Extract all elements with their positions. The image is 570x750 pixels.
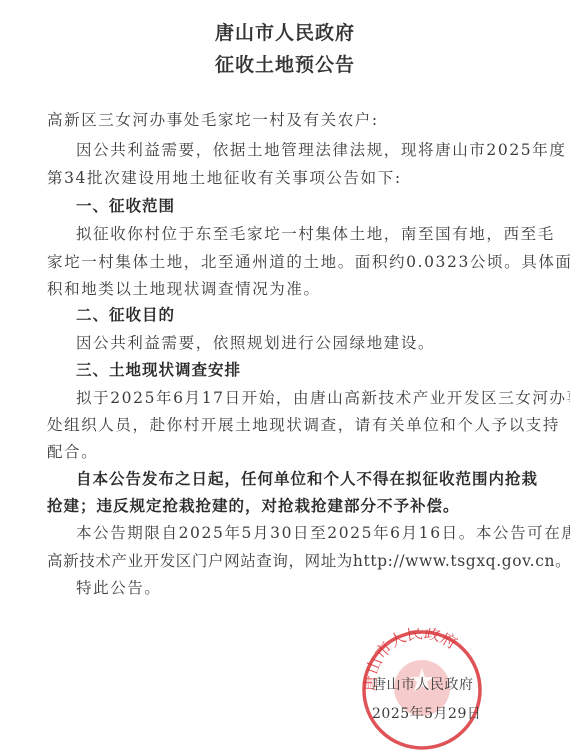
title-line-2: 征收土地预公告 [0, 50, 570, 77]
section3-line: 配合。 [47, 440, 98, 462]
period-line: 高新技术产业开发区门户网站查询，网址为http://www.tsgxq.gov.… [47, 549, 570, 571]
warning-line: 自本公告发布之日起，任何单位和个人不得在拟征收范围内抢栽 [76, 467, 538, 489]
intro-line-1: 因公共利益需要，依据土地管理法律法规，现将唐山市2025年度 [76, 138, 566, 160]
section3-line: 拟于2025年6月17日开始，由唐山高新技术产业开发区三女河办事 [76, 386, 570, 408]
section3-heading: 三、土地现状调查安排 [76, 358, 241, 380]
section1-line: 积和地类以土地现状调查情况为准。 [47, 277, 321, 299]
section3-line: 处组织人员，赴你村开展土地现状调查，请有关单位和个人予以支持 [47, 413, 560, 435]
issuer-name: 唐山市人民政府 [372, 674, 474, 694]
warning-line: 抢建；违反规定抢栽抢建的，对抢栽抢建部分不予补偿。 [47, 494, 460, 516]
intro-line-2: 第34批次建设用地土地征收有关事项公告如下: [47, 166, 402, 188]
period-line: 本公告期限自2025年5月30日至2025年6月16日。本公告可在唐山 [76, 521, 570, 543]
addressee: 高新区三女河办事处毛家坨一村及有关农户: [47, 108, 379, 130]
section2-heading: 二、征收目的 [76, 303, 175, 325]
section2-line: 因公共利益需要，依照规划进行公园绿地建设。 [76, 331, 435, 353]
closing: 特此公告。 [76, 576, 162, 598]
section1-heading: 一、征收范围 [76, 194, 175, 216]
section1-line: 拟征收你村位于东至毛家坨一村集体土地，南至国有地，西至毛 [76, 222, 555, 244]
issue-date: 2025年5月29日 [372, 703, 481, 723]
title-line-1: 唐山市人民政府 [0, 18, 570, 45]
section1-line: 家坨一村集体土地，北至通州道的土地。面积约0.0323公顷。具体面 [47, 250, 570, 272]
